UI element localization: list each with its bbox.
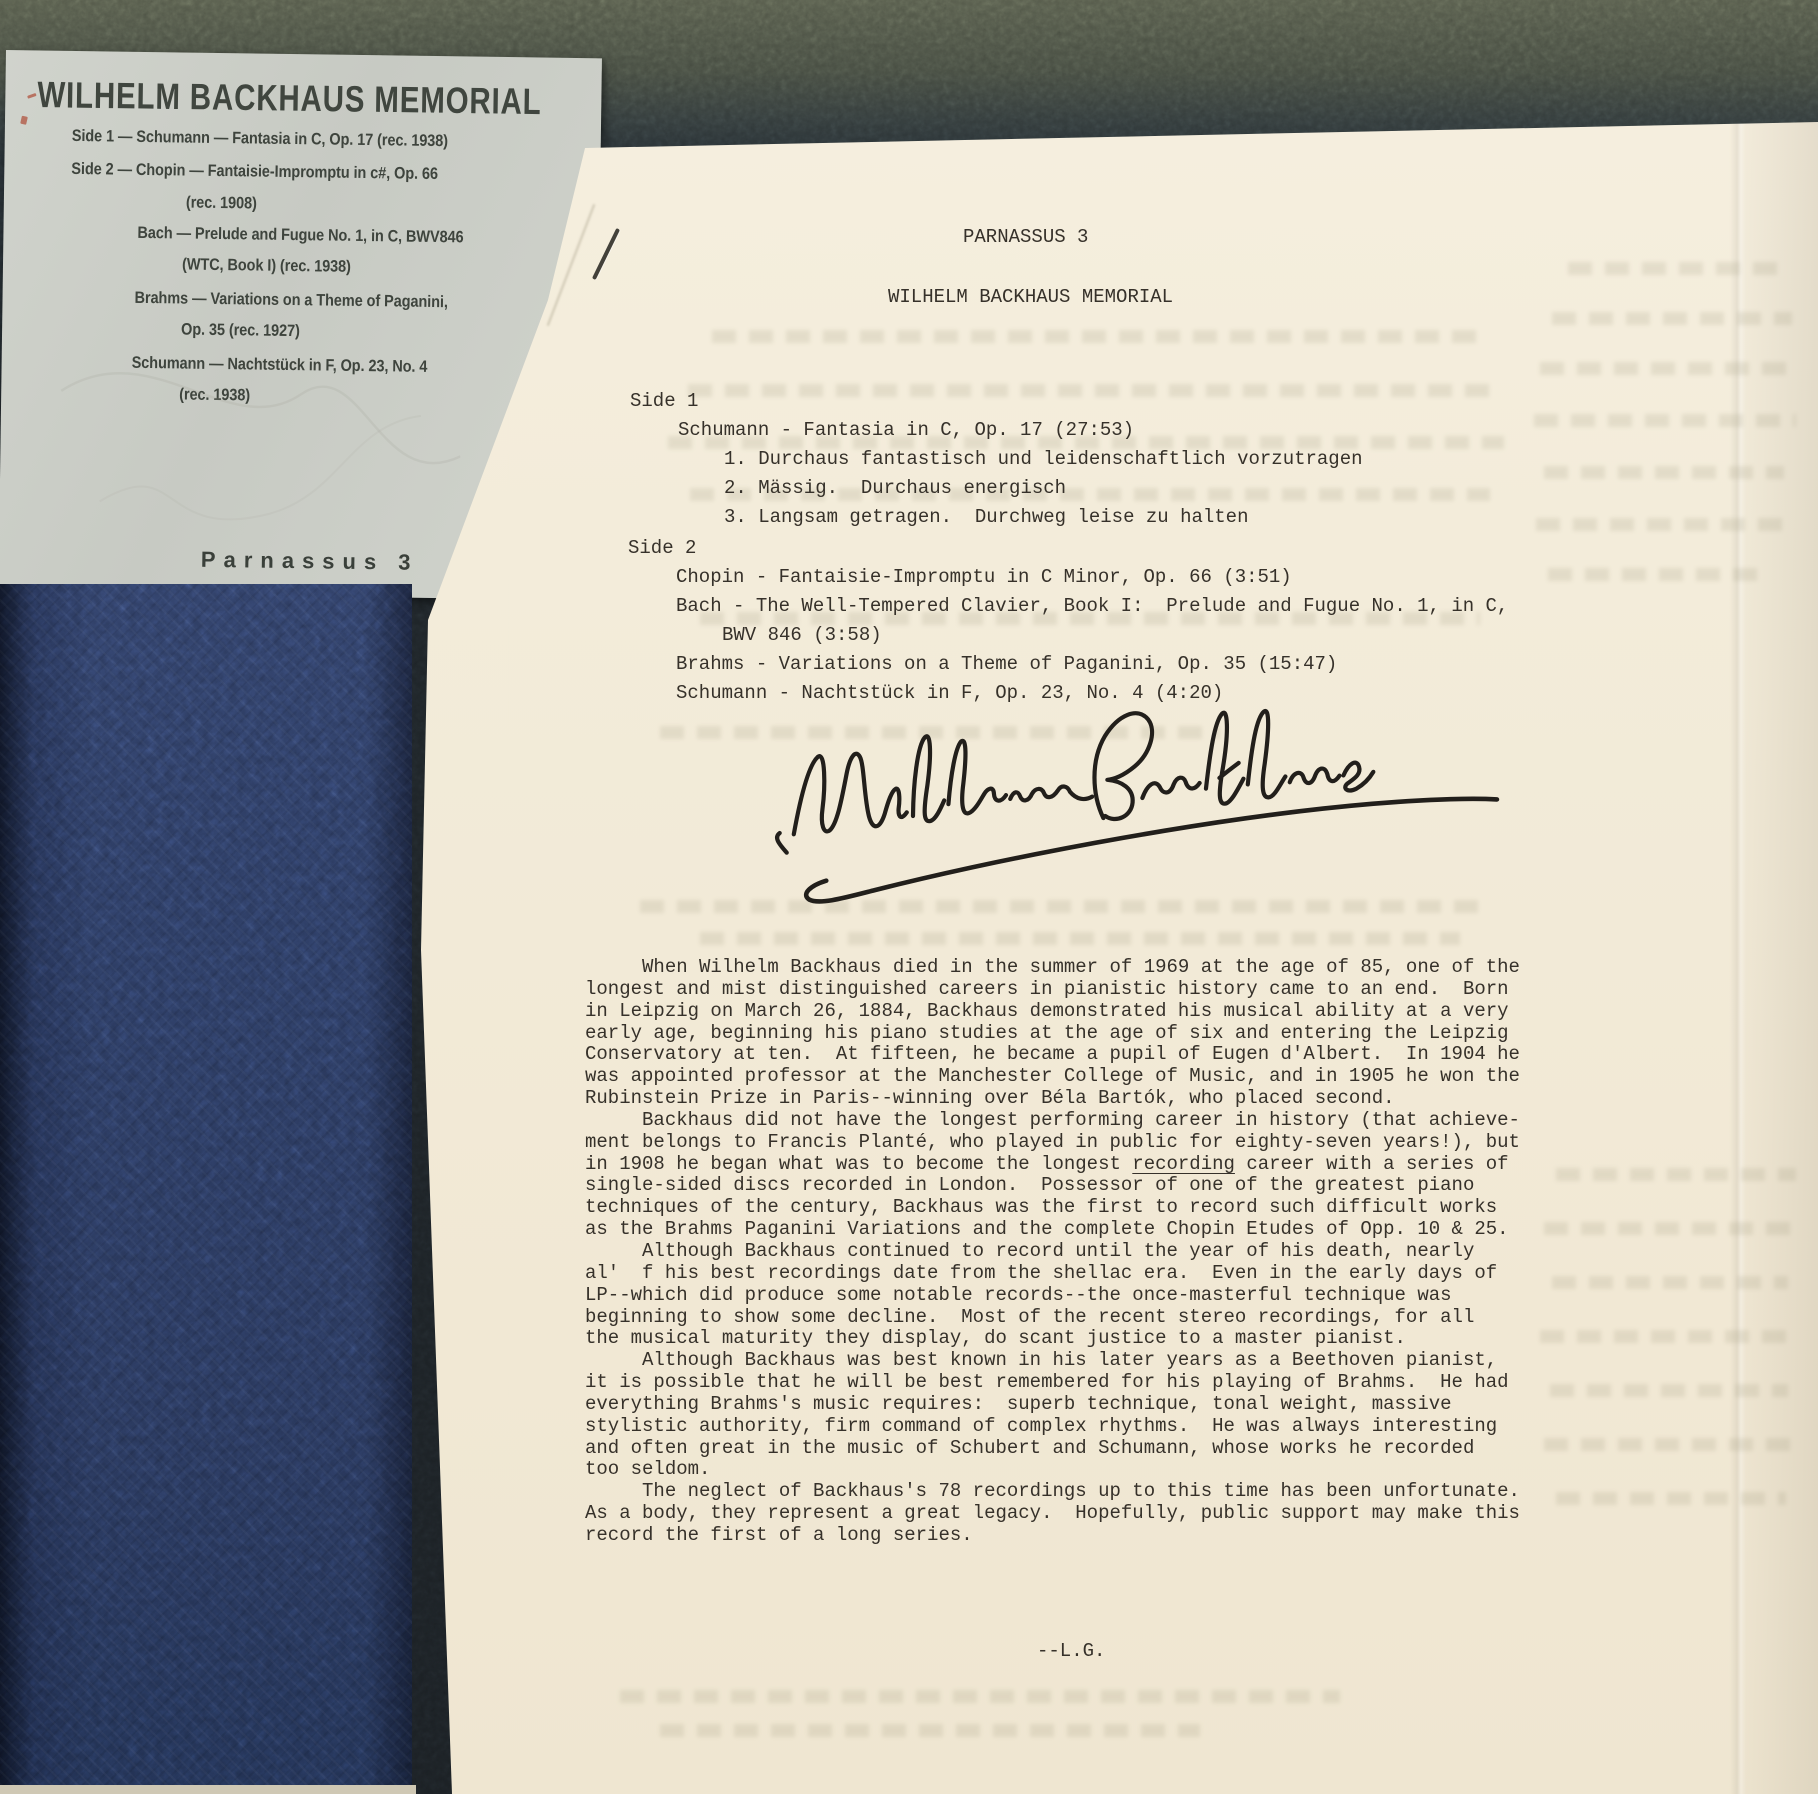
signature-wilhelm-backhaus: Wilhelm Backhaus xyxy=(757,666,1527,915)
text-line: it is possible that he will be best reme… xyxy=(585,1372,1535,1394)
text-line: Rubinstein Prize in Paris--winning over … xyxy=(585,1088,1535,1110)
bleedthrough-ghost xyxy=(688,384,1500,397)
side1-heading: Side 1 xyxy=(630,390,698,412)
side2-work: Chopin - Fantaisie-Impromptu in C Minor,… xyxy=(676,566,1292,588)
bleedthrough-ghost xyxy=(1534,414,1796,427)
text-line: stylistic authority, firm command of com… xyxy=(585,1416,1535,1438)
text-line: single-sided discs recorded in London. P… xyxy=(585,1175,1535,1197)
bleedthrough-ghost xyxy=(620,1690,1340,1703)
text-line: too seldom. xyxy=(585,1459,1535,1481)
text-segment: career with a series of xyxy=(1235,1153,1509,1175)
bleedthrough-ghost xyxy=(1544,1438,1792,1451)
label-track-line: Bach — Prelude and Fugue No. 1, in C, BW… xyxy=(137,224,463,248)
bleedthrough-ghost xyxy=(1556,1492,1786,1505)
bleedthrough-ghost xyxy=(1548,568,1770,581)
bleedthrough-ghost xyxy=(712,330,1482,343)
side2-heading: Side 2 xyxy=(628,537,696,559)
signoff-initials: --L.G. xyxy=(1037,1640,1105,1662)
red-ink-mark xyxy=(27,93,36,99)
text-line: as the Brahms Paganini Variations and th… xyxy=(585,1219,1535,1241)
album-cover-navy-leather xyxy=(0,584,412,1785)
doc-title: PARNASSUS 3 xyxy=(963,226,1088,248)
red-ink-mark xyxy=(20,116,28,125)
bleedthrough-ghost xyxy=(660,1724,1200,1737)
text-line: ment belongs to Francis Planté, who play… xyxy=(585,1132,1535,1154)
text-line: the musical maturity they display, do sc… xyxy=(585,1328,1535,1350)
text-line: When Wilhelm Backhaus died in the summer… xyxy=(585,957,1535,979)
bleedthrough-ghost xyxy=(1540,362,1798,375)
bleedthrough-ghost xyxy=(1552,1276,1788,1289)
text-line: record the first of a long series. xyxy=(585,1525,1535,1547)
text-line: Backhaus did not have the longest perfor… xyxy=(585,1110,1535,1132)
bleedthrough-ghost xyxy=(700,932,1460,945)
bleedthrough-ghost xyxy=(1536,518,1790,531)
underlined-word: recording xyxy=(1132,1153,1235,1175)
label-title: WILHELM BACKHAUS MEMORIAL xyxy=(37,76,542,120)
text-line: beginning to show some decline. Most of … xyxy=(585,1307,1535,1329)
text-line: LP--which did produce some notable recor… xyxy=(585,1285,1535,1307)
bleedthrough-ghost xyxy=(1552,312,1792,325)
text-line: Although Backhaus continued to record un… xyxy=(585,1241,1535,1263)
bleedthrough-ghost xyxy=(1544,1222,1796,1235)
bleedthrough-ghost xyxy=(1568,262,1783,275)
bleedthrough-ghost xyxy=(1556,1168,1796,1181)
bleedthrough-ghost xyxy=(1550,1384,1788,1397)
bleedthrough-ghost xyxy=(1540,1330,1796,1343)
text-line: early age, beginning his piano studies a… xyxy=(585,1023,1535,1045)
album-photo: WILHELM BACKHAUS MEMORIAL Side 1 — Schum… xyxy=(0,0,1818,1794)
text-line: in Leipzig on March 26, 1884, Backhaus d… xyxy=(585,1001,1535,1023)
staple xyxy=(592,228,620,280)
label-track-line: Side 1 — Schumann — Fantasia in C, Op. 1… xyxy=(72,127,448,151)
text-line: in 1908 he began what was to become the … xyxy=(585,1154,1535,1176)
side2-work-continuation: BWV 846 (3:58) xyxy=(722,624,882,646)
side1-movement: 2. Mässig. Durchaus energisch xyxy=(724,477,1066,499)
label-track-line: Side 2 — Chopin — Fantaisie-Impromptu in… xyxy=(71,160,438,184)
doc-subtitle: WILHELM BACKHAUS MEMORIAL xyxy=(888,286,1173,308)
side2-work: Bach - The Well-Tempered Clavier, Book I… xyxy=(676,595,1508,617)
label-track-line: (WTC, Book I) (rec. 1938) xyxy=(182,255,351,276)
text-segment: in 1908 he began what was to become the … xyxy=(585,1153,1132,1175)
text-line: longest and mist distinguished careers i… xyxy=(585,979,1535,1001)
side2-work: Brahms - Variations on a Theme of Pagani… xyxy=(676,653,1337,675)
text-line: The neglect of Backhaus's 78 recordings … xyxy=(585,1481,1535,1503)
text-line: and often great in the music of Schubert… xyxy=(585,1438,1535,1460)
side1-work: Schumann - Fantasia in C, Op. 17 (27:53) xyxy=(678,419,1134,441)
side1-movement: 3. Langsam getragen. Durchweg leise zu h… xyxy=(724,506,1249,528)
liner-notes-text: When Wilhelm Backhaus died in the summer… xyxy=(585,957,1535,1547)
label-catalog-number: Parnassus 3 xyxy=(201,549,419,574)
text-line: Conservatory at ten. At fifteen, he beca… xyxy=(585,1044,1535,1066)
label-track-line: (rec. 1908) xyxy=(186,194,257,214)
text-line: was appointed professor at the Mancheste… xyxy=(585,1066,1535,1088)
inner-sleeve-edge xyxy=(0,1785,416,1794)
bleedthrough-ghost xyxy=(1544,466,1784,479)
text-line: techniques of the century, Backhaus was … xyxy=(585,1197,1535,1219)
leather-grain-pattern xyxy=(0,584,412,1785)
text-line: Although Backhaus was best known in his … xyxy=(585,1350,1535,1372)
pencil-scribble xyxy=(39,301,463,567)
side1-movement: 1. Durchaus fantastisch und leidenschaft… xyxy=(724,448,1363,470)
text-line: everything Brahms's music requires: supe… xyxy=(585,1394,1535,1416)
text-line: al' f his best recordings date from the … xyxy=(585,1263,1535,1285)
text-line: As a body, they represent a great legacy… xyxy=(585,1503,1535,1525)
